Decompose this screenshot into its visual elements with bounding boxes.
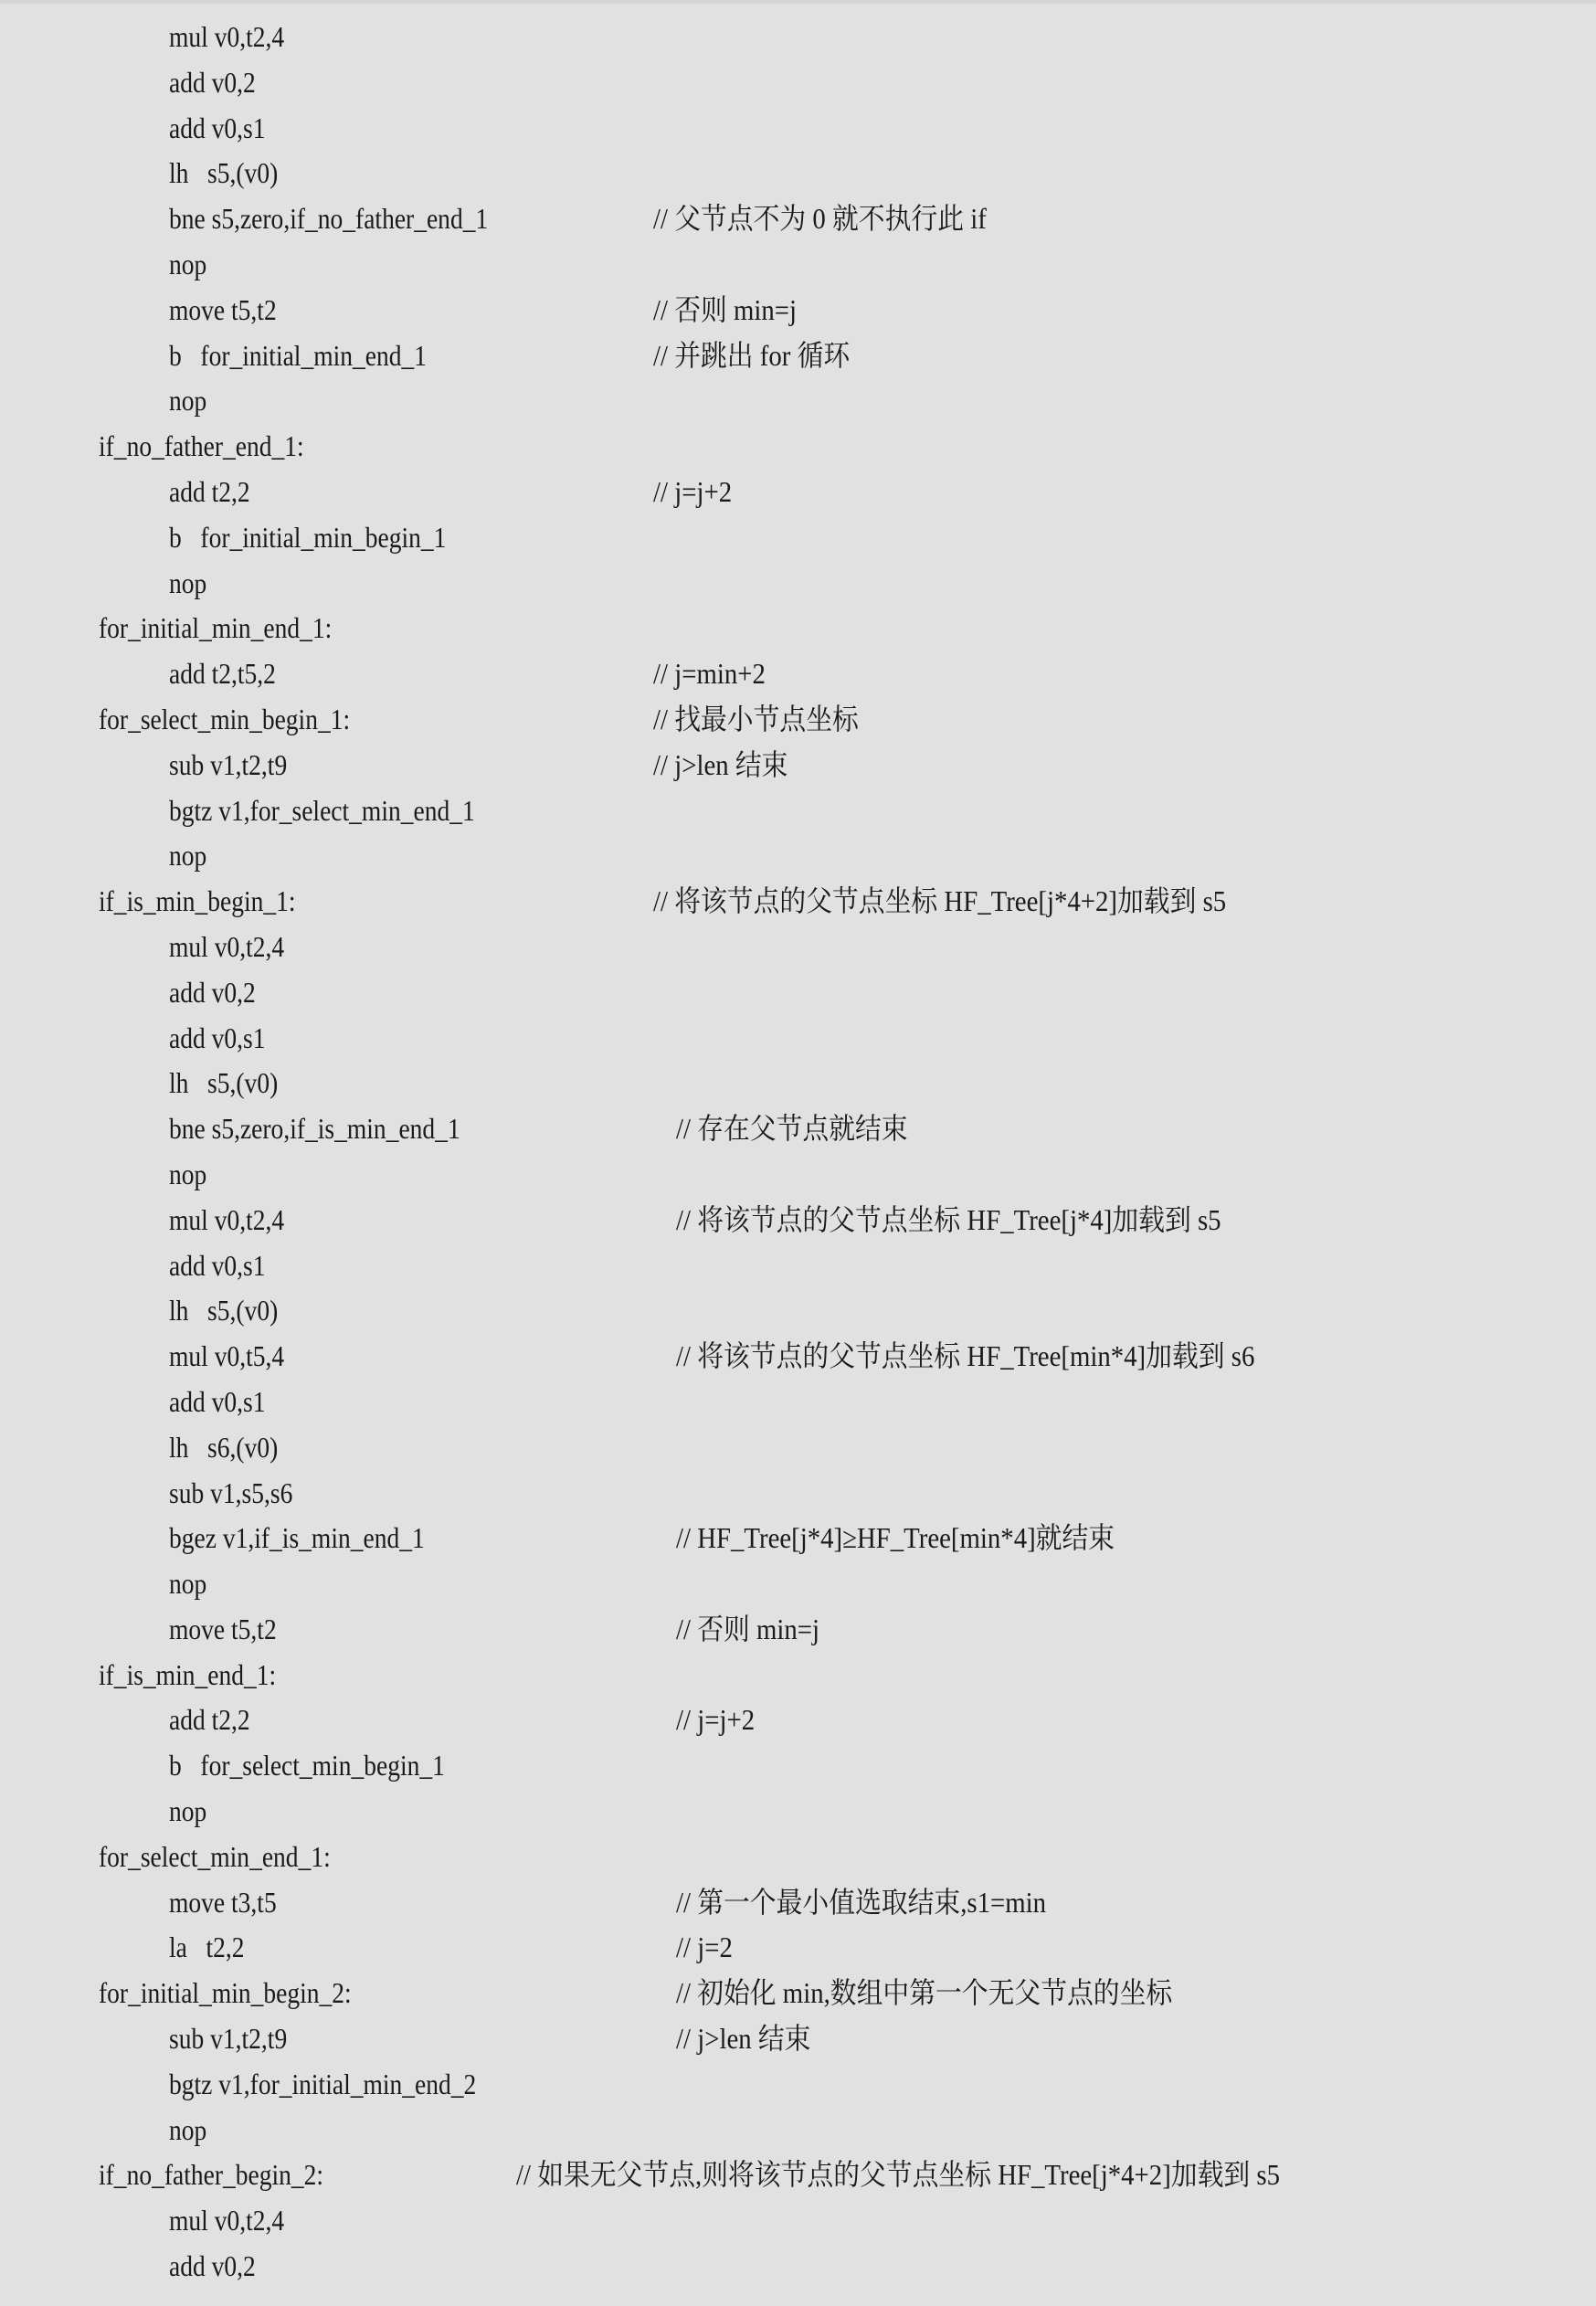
instruction-text: mul v0,t2,4 xyxy=(169,1198,284,1243)
code-instruction-line: bne s5,zero,if_is_min_end_1// 存在父节点就结束 xyxy=(0,1106,1596,1152)
instruction-text: add t2,2 xyxy=(169,470,250,515)
code-instruction-line: add v0,s1 xyxy=(0,1016,1596,1062)
code-comment: // 否则 min=j xyxy=(653,288,797,333)
code-instruction-line: b for_initial_min_end_1// 并跳出 for 循环 xyxy=(0,333,1596,379)
instruction-text: bne s5,zero,if_is_min_end_1 xyxy=(169,1106,460,1152)
code-label-line: if_no_father_end_1: xyxy=(0,424,1596,470)
label-text: if_no_father_end_1: xyxy=(99,424,304,470)
label-text: if_is_min_begin_1: xyxy=(99,879,296,925)
code-instruction-line: add v0,s1 xyxy=(0,106,1596,152)
instruction-text: sub v1,t2,t9 xyxy=(169,2016,287,2062)
instruction-text: bne s5,zero,if_no_father_end_1 xyxy=(169,196,488,242)
code-instruction-line: move t5,t2// 否则 min=j xyxy=(0,1607,1596,1653)
code-label-line: for_select_min_end_1: xyxy=(0,1835,1596,1880)
code-instruction-line: nop xyxy=(0,2108,1596,2153)
code-comment: // 如果无父节点,则将该节点的父节点坐标 HF_Tree[j*4+2]加载到 … xyxy=(516,2153,1280,2198)
instruction-text: nop xyxy=(169,2108,206,2153)
instruction-text: nop xyxy=(169,242,206,288)
code-comment: // 父节点不为 0 就不执行此 if xyxy=(653,196,987,242)
code-instruction-line: la t2,2// j=2 xyxy=(0,1925,1596,1971)
code-comment: // 找最小节点坐标 xyxy=(653,697,859,743)
instruction-text: lh s5,(v0) xyxy=(169,151,278,196)
code-comment: // 将该节点的父节点坐标 HF_Tree[j*4]加载到 s5 xyxy=(676,1198,1221,1243)
code-instruction-line: mul v0,t2,4 xyxy=(0,15,1596,60)
code-listing: mul v0,t2,4add v0,2add v0,s1lh s5,(v0)bn… xyxy=(0,15,1596,2290)
code-instruction-line: add v0,2 xyxy=(0,2244,1596,2290)
code-instruction-line: lh s5,(v0) xyxy=(0,151,1596,196)
label-text: for_select_min_begin_1: xyxy=(99,697,350,743)
code-comment: // 将该节点的父节点坐标 HF_Tree[min*4]加载到 s6 xyxy=(676,1334,1254,1380)
instruction-text: bgtz v1,for_select_min_end_1 xyxy=(169,788,475,834)
code-instruction-line: mul v0,t5,4// 将该节点的父节点坐标 HF_Tree[min*4]加… xyxy=(0,1334,1596,1380)
instruction-text: mul v0,t2,4 xyxy=(169,15,284,60)
code-label-line: if_no_father_begin_2:// 如果无父节点,则将该节点的父节点… xyxy=(0,2153,1596,2198)
instruction-text: bgtz v1,for_initial_min_end_2 xyxy=(169,2062,476,2108)
instruction-text: la t2,2 xyxy=(169,1925,245,1971)
code-instruction-line: mul v0,t2,4 xyxy=(0,2198,1596,2244)
code-label-line: if_is_min_begin_1:// 将该节点的父节点坐标 HF_Tree[… xyxy=(0,879,1596,925)
instruction-text: add v0,2 xyxy=(169,970,256,1016)
code-instruction-line: sub v1,s5,s6 xyxy=(0,1471,1596,1517)
top-border xyxy=(0,0,1596,4)
instruction-text: mul v0,t2,4 xyxy=(169,2198,284,2244)
instruction-text: mul v0,t2,4 xyxy=(169,925,284,970)
label-text: for_initial_min_begin_2: xyxy=(99,1971,352,2016)
label-text: for_select_min_end_1: xyxy=(99,1835,331,1880)
code-instruction-line: bgtz v1,for_select_min_end_1 xyxy=(0,788,1596,834)
instruction-text: nop xyxy=(169,1561,206,1607)
code-instruction-line: mul v0,t2,4 xyxy=(0,925,1596,970)
instruction-text: move t3,t5 xyxy=(169,1880,277,1926)
code-label-line: if_is_min_end_1: xyxy=(0,1653,1596,1698)
label-text: if_is_min_end_1: xyxy=(99,1653,276,1698)
code-instruction-line: add v0,2 xyxy=(0,970,1596,1016)
code-comment: // j=j+2 xyxy=(653,470,732,515)
code-instruction-line: add t2,t5,2// j=min+2 xyxy=(0,651,1596,697)
code-instruction-line: lh s6,(v0) xyxy=(0,1425,1596,1471)
code-instruction-line: add v0,2 xyxy=(0,60,1596,106)
code-instruction-line: bgez v1,if_is_min_end_1// HF_Tree[j*4]≥H… xyxy=(0,1516,1596,1561)
code-instruction-line: lh s5,(v0) xyxy=(0,1288,1596,1334)
instruction-text: sub v1,t2,t9 xyxy=(169,743,287,788)
code-comment: // 存在父节点就结束 xyxy=(676,1106,908,1152)
instruction-text: move t5,t2 xyxy=(169,1607,277,1653)
code-instruction-line: lh s5,(v0) xyxy=(0,1061,1596,1106)
code-instruction-line: nop xyxy=(0,242,1596,288)
instruction-text: bgez v1,if_is_min_end_1 xyxy=(169,1516,425,1561)
instruction-text: move t5,t2 xyxy=(169,288,277,333)
code-comment: // 初始化 min,数组中第一个无父节点的坐标 xyxy=(676,1971,1172,2016)
code-instruction-line: bgtz v1,for_initial_min_end_2 xyxy=(0,2062,1596,2108)
instruction-text: nop xyxy=(169,378,206,424)
code-label-line: for_initial_min_begin_2:// 初始化 min,数组中第一… xyxy=(0,1971,1596,2016)
code-comment: // 将该节点的父节点坐标 HF_Tree[j*4+2]加载到 s5 xyxy=(653,879,1226,925)
instruction-text: sub v1,s5,s6 xyxy=(169,1471,292,1517)
code-label-line: for_initial_min_end_1: xyxy=(0,606,1596,651)
code-comment: // j=min+2 xyxy=(653,651,766,697)
code-instruction-line: sub v1,t2,t9// j>len 结束 xyxy=(0,2016,1596,2062)
code-instruction-line: nop xyxy=(0,561,1596,607)
code-instruction-line: add t2,2// j=j+2 xyxy=(0,1698,1596,1743)
code-instruction-line: nop xyxy=(0,378,1596,424)
instruction-text: add v0,s1 xyxy=(169,106,265,152)
code-instruction-line: nop xyxy=(0,1152,1596,1198)
instruction-text: lh s5,(v0) xyxy=(169,1288,278,1334)
code-comment: // j=2 xyxy=(676,1925,733,1971)
instruction-text: b for_initial_min_end_1 xyxy=(169,333,427,379)
code-instruction-line: mul v0,t2,4// 将该节点的父节点坐标 HF_Tree[j*4]加载到… xyxy=(0,1198,1596,1243)
code-instruction-line: bne s5,zero,if_no_father_end_1// 父节点不为 0… xyxy=(0,196,1596,242)
code-instruction-line: add v0,s1 xyxy=(0,1380,1596,1425)
instruction-text: nop xyxy=(169,833,206,879)
code-instruction-line: sub v1,t2,t9// j>len 结束 xyxy=(0,743,1596,788)
instruction-text: mul v0,t5,4 xyxy=(169,1334,284,1380)
code-instruction-line: nop xyxy=(0,1561,1596,1607)
instruction-text: lh s5,(v0) xyxy=(169,1061,278,1106)
instruction-text: add t2,t5,2 xyxy=(169,651,276,697)
code-comment: // 第一个最小值选取结束,s1=min xyxy=(676,1880,1046,1926)
code-instruction-line: nop xyxy=(0,833,1596,879)
instruction-text: add v0,s1 xyxy=(169,1016,265,1062)
instruction-text: add t2,2 xyxy=(169,1698,250,1743)
code-instruction-line: add v0,s1 xyxy=(0,1243,1596,1289)
label-text: if_no_father_begin_2: xyxy=(99,2153,323,2198)
code-comment: // 并跳出 for 循环 xyxy=(653,333,850,379)
label-text: for_initial_min_end_1: xyxy=(99,606,332,651)
instruction-text: add v0,s1 xyxy=(169,1243,265,1289)
instruction-text: nop xyxy=(169,1789,206,1835)
instruction-text: lh s6,(v0) xyxy=(169,1425,278,1471)
instruction-text: add v0,s1 xyxy=(169,1380,265,1425)
code-instruction-line: b for_select_min_begin_1 xyxy=(0,1743,1596,1789)
instruction-text: nop xyxy=(169,1152,206,1198)
code-comment: // j>len 结束 xyxy=(653,743,787,788)
code-comment: // j>len 结束 xyxy=(676,2016,810,2062)
code-label-line: for_select_min_begin_1:// 找最小节点坐标 xyxy=(0,697,1596,743)
instruction-text: b for_select_min_begin_1 xyxy=(169,1743,445,1789)
instruction-text: b for_initial_min_begin_1 xyxy=(169,515,446,561)
code-instruction-line: move t3,t5// 第一个最小值选取结束,s1=min xyxy=(0,1880,1596,1926)
code-comment: // j=j+2 xyxy=(676,1698,755,1743)
code-comment: // 否则 min=j xyxy=(676,1607,819,1653)
code-instruction-line: nop xyxy=(0,1789,1596,1835)
code-instruction-line: move t5,t2// 否则 min=j xyxy=(0,288,1596,333)
instruction-text: add v0,2 xyxy=(169,60,256,106)
code-instruction-line: b for_initial_min_begin_1 xyxy=(0,515,1596,561)
instruction-text: add v0,2 xyxy=(169,2244,256,2290)
code-comment: // HF_Tree[j*4]≥HF_Tree[min*4]就结束 xyxy=(676,1516,1115,1561)
code-instruction-line: add t2,2// j=j+2 xyxy=(0,470,1596,515)
instruction-text: nop xyxy=(169,561,206,607)
